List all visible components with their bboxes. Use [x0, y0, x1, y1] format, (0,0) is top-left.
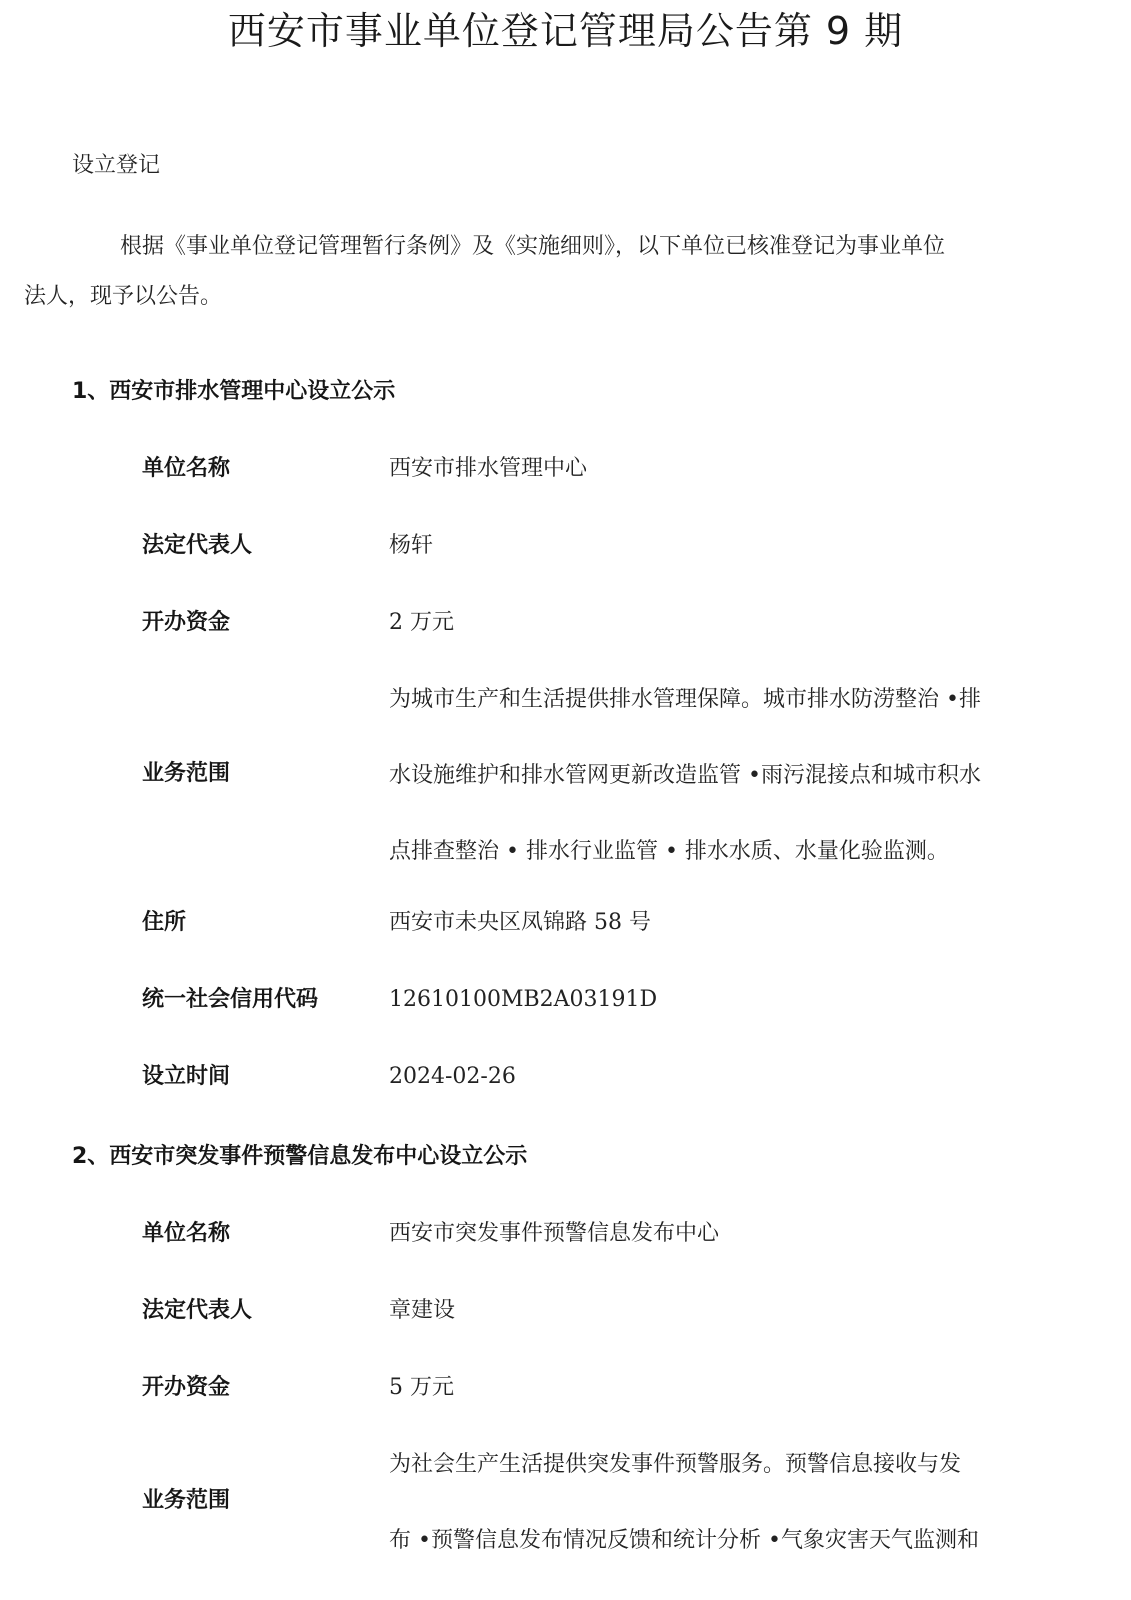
field-label: 业务范围 [142, 758, 230, 790]
scope-line: 水设施维护和排水管网更新改造监管 •雨污混接点和城市积水 [389, 760, 1039, 836]
field-label: 单位名称 [142, 453, 230, 485]
field-value: 2024-02-26 [389, 1061, 1039, 1093]
scope-line: 布 •预警信息发布情况反馈和统计分析 •气象灾害天气监测和 [389, 1525, 1039, 1600]
intro-line: 根据《事业单位登记管理暂行条例》及《实施细则》，以下单位已核准登记为事业单位 [120, 234, 945, 259]
field-value: 西安市排水管理中心 [389, 453, 1039, 485]
item-heading: 2、西安市突发事件预警信息发布中心设立公示 [72, 1141, 527, 1173]
field-label: 开办资金 [142, 607, 230, 639]
document-page: 西安市事业单位登记管理局公告第 9 期 设立登记 根据《事业单位登记管理暂行条例… [0, 0, 1131, 1600]
field-value: 为城市生产和生活提供排水管理保障。城市排水防涝整治 •排 水设施维护和排水管网更… [389, 684, 1039, 912]
intro-paragraph: 根据《事业单位登记管理暂行条例》及《实施细则》，以下单位已核准登记为事业单位 法… [72, 222, 1040, 322]
field-label: 业务范围 [142, 1485, 230, 1517]
field-label: 住所 [142, 907, 186, 939]
scope-line: 为城市生产和生活提供排水管理保障。城市排水防涝整治 •排 [389, 684, 1039, 760]
field-value: 西安市未央区凤锦路 58 号 [389, 907, 1039, 939]
scope-line: 点排查整治 • 排水行业监管 • 排水水质、水量化验监测。 [389, 836, 1039, 912]
field-value: 杨轩 [389, 530, 1039, 562]
document-title: 西安市事业单位登记管理局公告第 9 期 [0, 6, 1131, 56]
section-label: 设立登记 [72, 150, 160, 182]
intro-line: 法人，现予以公告。 [24, 272, 222, 322]
field-value: 2 万元 [389, 607, 1039, 639]
field-label: 开办资金 [142, 1372, 230, 1404]
field-label: 设立时间 [142, 1061, 230, 1093]
scope-line: 为社会生产生活提供突发事件预警服务。预警信息接收与发 [389, 1449, 1039, 1525]
field-value: 为社会生产生活提供突发事件预警服务。预警信息接收与发 布 •预警信息发布情况反馈… [389, 1449, 1039, 1600]
field-label: 法定代表人 [142, 530, 252, 562]
field-value: 5 万元 [389, 1372, 1039, 1404]
item-heading: 1、西安市排水管理中心设立公示 [72, 376, 395, 408]
field-value: 西安市突发事件预警信息发布中心 [389, 1218, 1039, 1250]
field-label: 单位名称 [142, 1218, 230, 1250]
field-value: 12610100MB2A03191D [389, 984, 1039, 1016]
field-label: 法定代表人 [142, 1295, 252, 1327]
field-label: 统一社会信用代码 [142, 984, 318, 1016]
field-value: 章建设 [389, 1295, 1039, 1327]
